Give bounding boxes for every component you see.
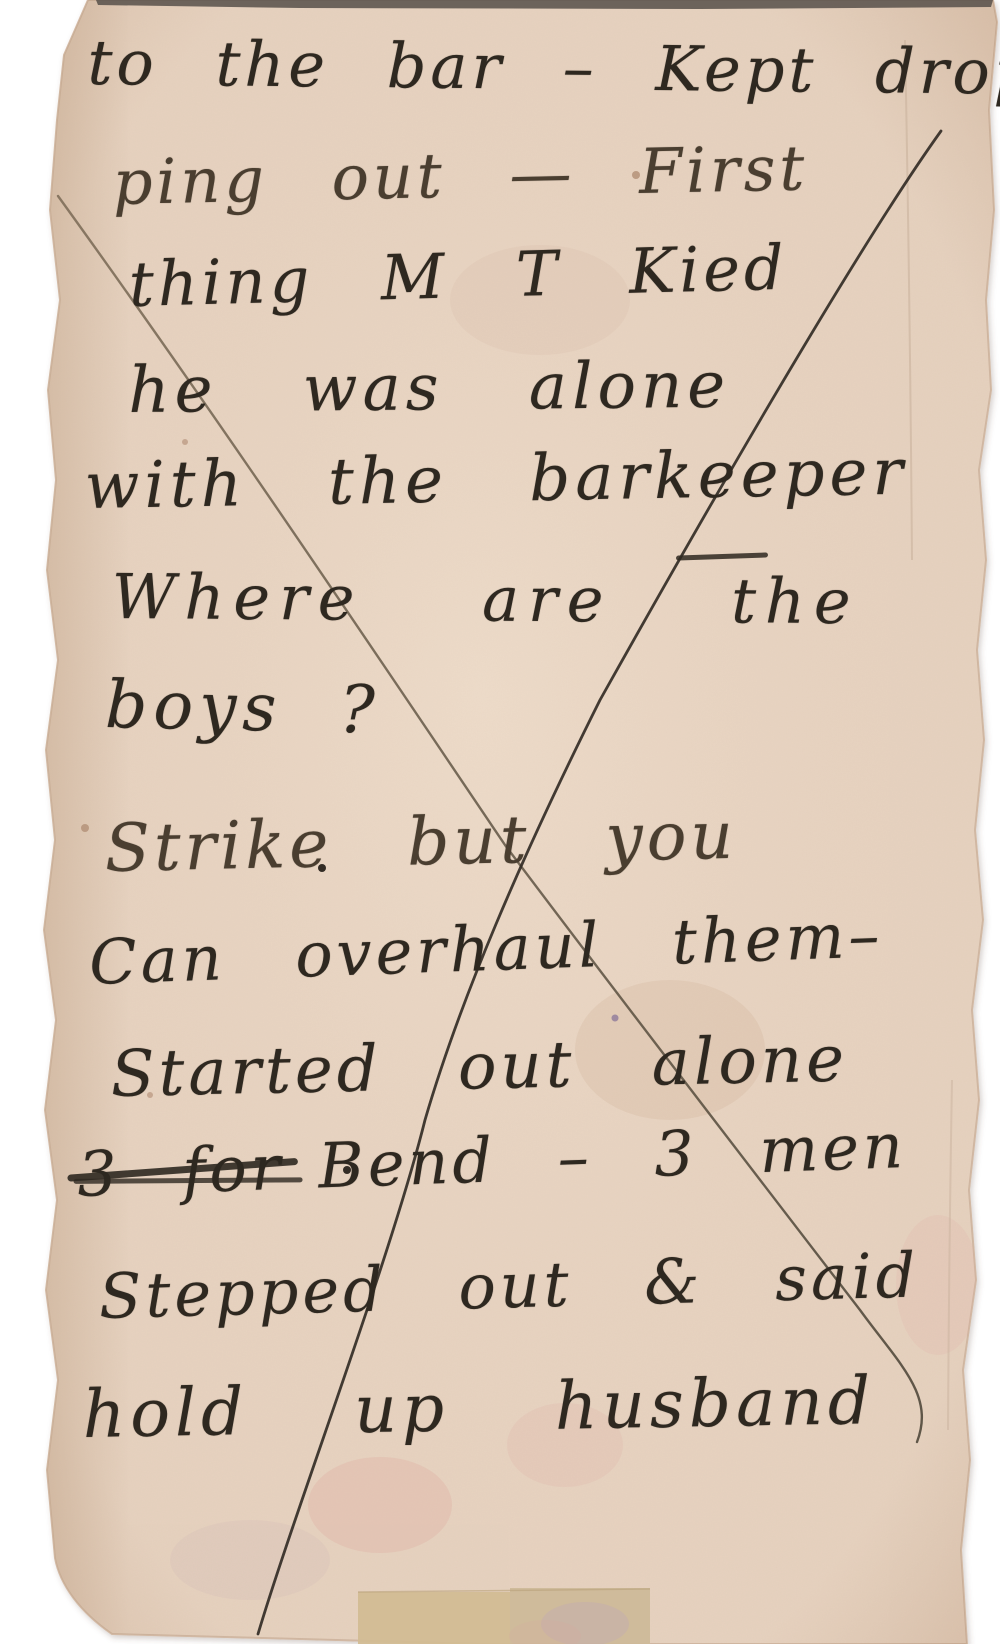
handwriting-line-2: ping out — First [112, 131, 809, 219]
stain-smudge [170, 1520, 330, 1600]
handwriting-text: Where are the [111, 560, 859, 638]
stain-pink [308, 1457, 452, 1553]
handwriting-line-13: hold up husband [82, 1362, 876, 1453]
handwriting-text: Strike but you [104, 797, 738, 887]
handwriting-line-5: with the barkeeper [84, 436, 909, 524]
tape-residue [358, 1588, 650, 1644]
handwriting-text: boys ? [104, 666, 381, 749]
handwriting-text: Started out alone [110, 1023, 849, 1112]
tape-left [358, 1592, 510, 1644]
handwriting-line-10: Started out alone [110, 1023, 849, 1112]
handwriting-text: ping out — First [112, 131, 809, 219]
handwriting-line-7: boys ? [104, 666, 381, 749]
ink-fleck-violet [612, 1015, 619, 1022]
scanned-handwritten-note: to the bar – Kept drop ping out — First … [0, 0, 1000, 1644]
handwriting-text: he was alone [128, 349, 730, 428]
handwriting-line-8: Strike but you [104, 797, 738, 887]
handwriting-line-6: Where are the [111, 560, 859, 638]
handwriting-text: hold up husband [82, 1362, 876, 1453]
fox-speck [182, 439, 188, 445]
struck-text: 3 for [76, 1131, 285, 1211]
handwriting-line-1: to the bar – Kept drop [87, 26, 1000, 109]
fox-speck [81, 824, 89, 832]
handwriting-line-4: he was alone [128, 349, 730, 428]
handwriting-text: with the barkeeper [84, 436, 909, 524]
handwriting-text: to the bar – Kept drop [87, 26, 1000, 109]
